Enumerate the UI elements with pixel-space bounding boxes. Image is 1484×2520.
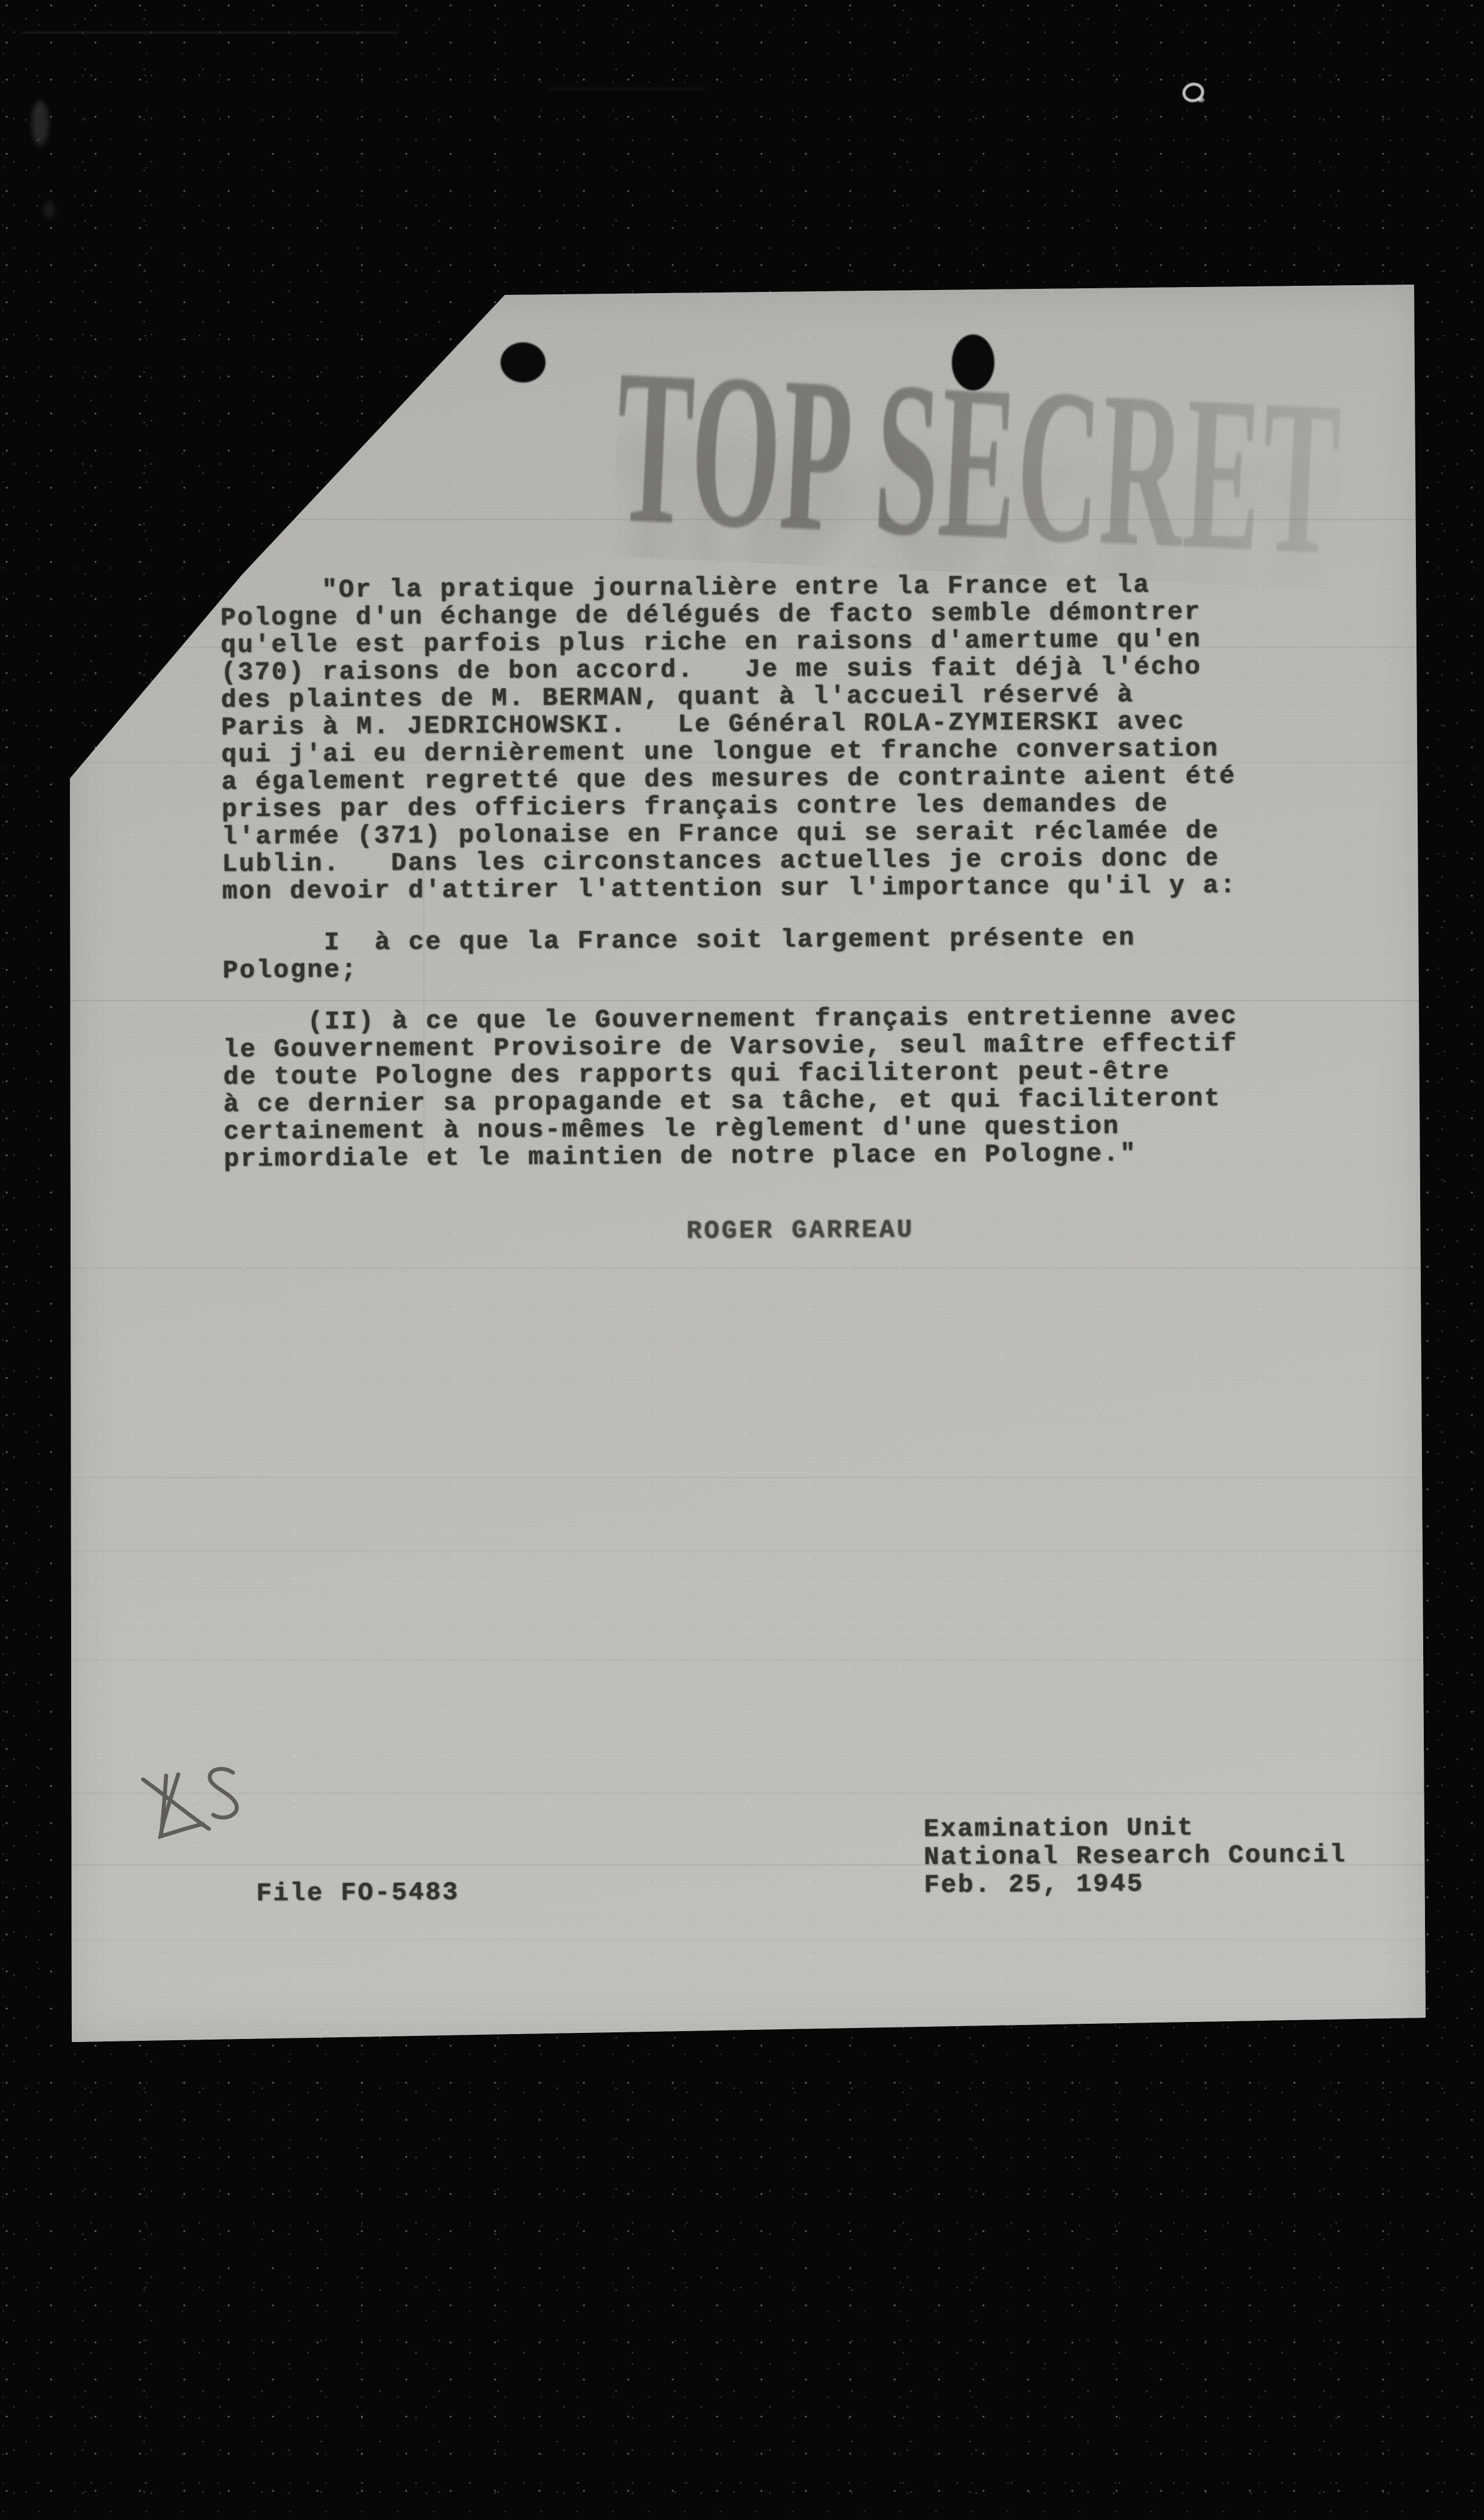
signature-name: ROGER GARREAU: [687, 1216, 915, 1245]
page-content: TOP SECRET "Or la pratique journalière e…: [58, 275, 1434, 2049]
footer-date: Feb. 25, 1945: [924, 1869, 1144, 1900]
scan-streak: [21, 32, 398, 33]
handwritten-xs-mark: [140, 1767, 275, 1849]
quoted-dispatch-paragraph: "Or la pratique journalière entre la Fra…: [220, 571, 1237, 905]
document-page: TOP SECRET "Or la pratique journalière e…: [64, 280, 1428, 2044]
numbered-item-one: I à ce que la France soit largement prés…: [223, 924, 1136, 985]
footer-unit: Examination Unit: [924, 1813, 1194, 1844]
scan-streak: [547, 88, 706, 89]
photostat-scan: { "document": { "stamp": "TOP SECRET", "…: [0, 0, 1484, 2520]
numbered-item-two: (II) à ce que le Gouvernement français e…: [223, 1003, 1238, 1173]
scan-smudge: [44, 201, 55, 219]
footer-block: Examination Unit National Research Counc…: [924, 1813, 1347, 1899]
top-secret-stamp: TOP SECRET: [611, 335, 1345, 590]
dust-speck: [1198, 97, 1204, 102]
footer-organization: National Research Council: [924, 1840, 1347, 1872]
scan-smudge: [32, 100, 49, 146]
file-number: File FO-5483: [256, 1879, 459, 1908]
